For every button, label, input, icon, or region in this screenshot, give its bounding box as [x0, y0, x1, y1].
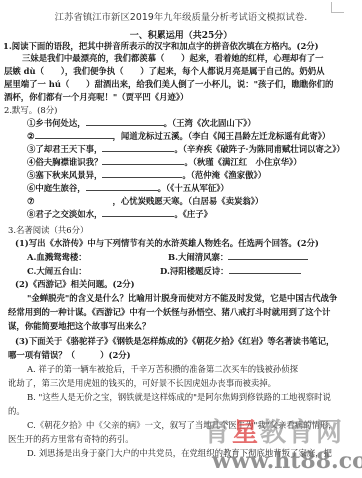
page-edge-mark: ˙˙ [352, 462, 358, 469]
answer-blank[interactable] [102, 209, 174, 217]
q2-item-5: ⑤塞下秋来风景异，。（范仲淹《渔家傲》） [27, 170, 266, 181]
q2-item-8: ⑧君子之交淡如水，。《庄子》 [27, 209, 212, 220]
answer-blank[interactable] [86, 183, 158, 191]
q2-prompt: 2.默写。(8分) [4, 105, 57, 116]
exam-page: 江苏省镇江市新区2019年九年级质量分析考试语文模拟试卷. 一、积累运用（共25… [0, 0, 362, 478]
q3-sub3-option-b-2: 的。 [8, 406, 25, 417]
q3-sub1-option-a: A.血溅鸳鸯楼： [27, 252, 87, 263]
q1-line-3: 屋里端了一 hú（ ）甜酒出来，给我们美人倒了一小杯儿，说："孩子们，瞧瞧你们的 [4, 79, 333, 90]
q2-item-3: ③了却君王天下事，。（辛弃疾《破阵子·为陈同甫赋壮词以寄之》） [27, 144, 345, 155]
q1-prompt: 1.阅读下面的语段，把其中拼音所表示的汉字和加点字的拼音依次填在方格内。(2分) [3, 41, 319, 52]
q3-sub2-line-1: "金蝉脱壳"的含义是什么？比喻用计脱身而使对方不能及时发觉，它是中国古代战争 [27, 293, 337, 304]
answer-blank[interactable] [102, 144, 174, 152]
q3-sub2-line-3: 谋，你能简要地把这个故事写出来么？ [8, 321, 150, 332]
q3-sub3-option-a-1: A. 祥子的第一辆车被抢后，千辛万苦积攒的准备第二次买车的钱被孙侦探 [27, 364, 298, 375]
answer-blank[interactable] [86, 118, 164, 126]
exam-title: 江苏省镇江市新区2019年九年级质量分析考试语文模拟试卷. [0, 9, 362, 23]
q3-sub3-option-b-1: B. "这些人是无价之宝，钢铁就是这样炼成的"是阿尔焦姆到修铁路的工地视察时说 [27, 392, 331, 403]
q3-sub1-option-d: D.浔阳楼题反诗： [160, 266, 301, 277]
answer-blank[interactable] [228, 252, 308, 260]
q2-item-4: ④俗夫胸襟谁识我？。（秋瑾《满江红 小住京华》） [27, 157, 302, 168]
q3-sub1-option-b: B.大闹清风寨： [168, 252, 308, 263]
q3-sub1-prompt: (1)写出《水浒传》中与下列情节有关的水浒英雄人物姓名。任选两个回答。(2分) [15, 238, 319, 249]
q3-sub3-option-c-2: 医生开的药方里常有奇特的药引。 [8, 434, 134, 445]
answer-blank[interactable] [229, 266, 301, 274]
answer-blank[interactable] [102, 157, 184, 165]
q3-sub3-prompt-1: (3)下面关于《骆驼祥子》《钢铁是怎样炼成的》《朝花夕拾》《红岩》等名著读书笔记… [15, 336, 334, 347]
q2-item-2: ②，闻道龙标过五溪。（李白《闻王昌龄左迁龙标遥有此寄》） [27, 131, 330, 142]
answer-blank[interactable] [35, 131, 113, 139]
section-title: 一、积累运用（共25分） [0, 28, 362, 41]
q3-sub2-line-2: 经常用到的一种计谋。《西游记》中有一个妖怪与孙悟空、猪八戒打斗时就用到了这个计 [8, 307, 330, 318]
q3-sub3-option-a-2: 讹劫了，第三次是用虎妞的钱买的，可好景不长因虎妞办丧事而被卖掉。 [8, 378, 276, 389]
q1-line-2: 层嫉 dù（ ），我们便争执（ ）了起来，每个人都说月亮是属于自己的。奶奶从 [4, 66, 325, 77]
q3-sub1-option-c: C.大闹五台山： [27, 266, 87, 277]
q2-item-1: ①乡书何处达，。（王湾《次北固山下》） [27, 118, 256, 129]
q3-prompt: 3.名著阅读（共6分） [8, 225, 88, 236]
q2-item-6: ⑥中庭生旅谷，。（《十五从军征》） [27, 183, 229, 194]
q3-sub3-option-c-1: C.《朝花夕拾》中《父亲的病》一文，叙写了当地几个医生为"我"父亲看病的情形， [27, 420, 337, 431]
q1-line-1: 三妹是我们中最漂亮的，我们都羡慕（ ）起来，看着她的红样，心理却有了一 [22, 53, 324, 64]
q2-item-7: ⑦，心忧炭贱愿天寒。（白居易《卖炭翁》） [27, 196, 263, 207]
q1-line-4: 酒杯，你们都有一个月亮呢！"（贾平凹《月迹》） [4, 92, 188, 103]
q3-sub3-prompt-2: 哪一项有错误？（ ）(2分) [8, 350, 131, 361]
q3-sub3-option-d-1: D. 刘思扬是出身于豪门大户的中共党员，在党组织的教育下彻底地背叛了家庭，把 [27, 448, 332, 459]
q3-sub2-prompt: (2)《西游记》相关问题。(2分) [15, 279, 135, 290]
answer-blank[interactable] [102, 170, 182, 178]
